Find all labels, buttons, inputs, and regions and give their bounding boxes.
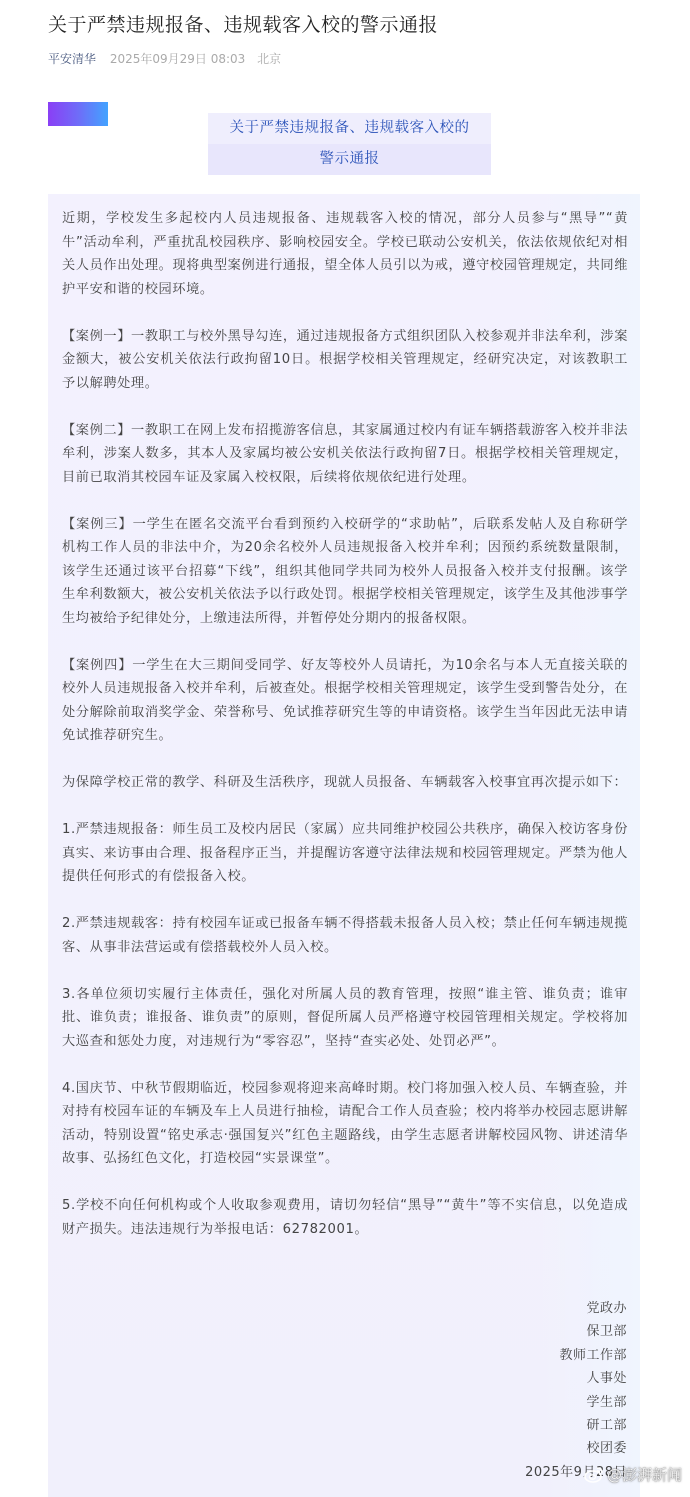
case-1-paragraph: 【案例一】一教职工与校外黑导勾连，通过违规报备方式组织团队入校参观并非法牟利，涉… [62,325,628,396]
reminder-item-5: 5.学校不向任何机构或个人收取参观费用，请切勿轻信“黑导”“黄牛”等不实信息，以… [62,1194,628,1241]
signature-dept: 保卫部 [525,1320,627,1343]
signature-dept: 教师工作部 [525,1344,627,1367]
document-body: 近期，学校发生多起校内人员违规报备、违规载客入校的情况，部分人员参与“黑导”“黄… [62,207,628,1265]
case-4-paragraph: 【案例四】一学生在大三期间受同学、好友等校外人员请托，为10余名与本人无直接关联… [62,654,628,748]
signature-dept: 研工部 [525,1414,627,1437]
publish-location: 北京 [257,52,281,66]
signature-dept: 学生部 [525,1391,627,1414]
document-heading-line-2: 警示通报 [208,144,491,175]
article-source-link[interactable]: 平安清华 [48,52,96,66]
document-heading-line-1: 关于严禁违规报备、违规载客入校的 [208,113,491,144]
publish-date: 2025年09月29日 08:03 [110,52,245,66]
decorative-accent-bar [48,102,108,126]
signature-block: 党政办 保卫部 教师工作部 人事处 学生部 研工部 校团委 2025年9月28日 [525,1297,627,1484]
signature-dept: 校团委 [525,1437,627,1460]
case-2-paragraph: 【案例二】一教职工在网上发布招揽游客信息，其家属通过校内有证车辆搭载游客入校并非… [62,419,628,490]
watermark-text: @澎湃新闻 [607,1464,682,1485]
reminder-item-2: 2.严禁违规载客：持有校园车证或已报备车辆不得搭载未报备人员入校；禁止任何车辆违… [62,912,628,959]
reminder-intro-paragraph: 为保障学校正常的教学、科研及生活秩序，现就人员报备、车辆载客入校事宜再次提示如下… [62,771,628,795]
watermark: @澎湃新闻 [584,1464,682,1485]
weibo-icon [584,1466,604,1483]
article-meta: 平安清华 2025年09月29日 08:03 北京 [48,50,281,67]
case-3-paragraph: 【案例三】一学生在匿名交流平台看到预约入校研学的“求助帖”，后联系发帖人及自称研… [62,513,628,631]
signature-dept: 党政办 [525,1297,627,1320]
article-title: 关于严禁违规报备、违规载客入校的警示通报 [48,10,438,37]
reminder-item-4: 4.国庆节、中秋节假期临近，校园参观将迎来高峰时期。校门将加强入校人员、车辆查验… [62,1077,628,1171]
intro-paragraph: 近期，学校发生多起校内人员违规报备、违规载客入校的情况，部分人员参与“黑导”“黄… [62,207,628,301]
reminder-item-3: 3.各单位须切实履行主体责任，强化对所属人员的教育管理，按照“谁主管、谁负责；谁… [62,983,628,1054]
signature-dept: 人事处 [525,1367,627,1390]
document-heading: 关于严禁违规报备、违规载客入校的 警示通报 [208,113,491,175]
reminder-item-1: 1.严禁违规报备：师生员工及校内居民（家属）应共同维护校园公共秩序，确保入校访客… [62,818,628,889]
